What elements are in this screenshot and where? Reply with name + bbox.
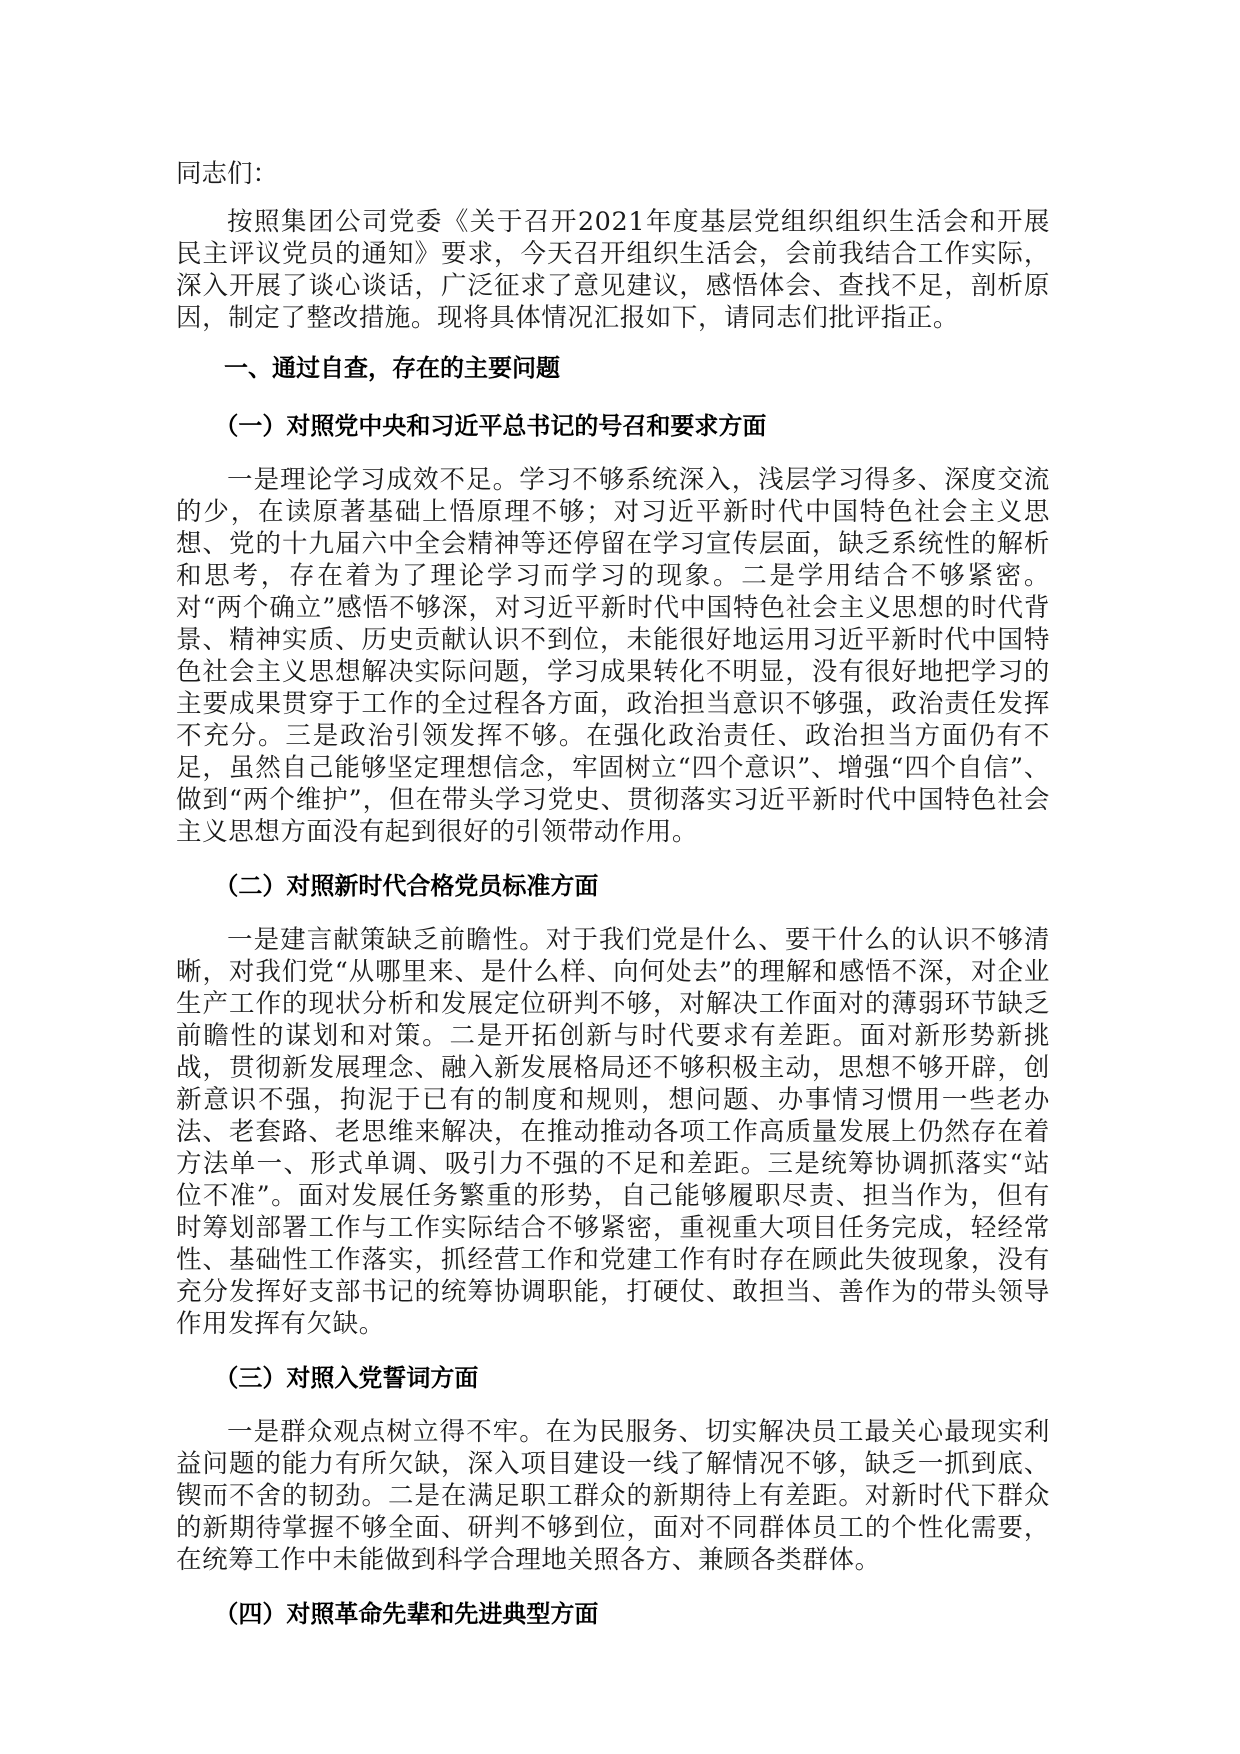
document-page: 同志们： 按照集团公司党委《关于召开2021年度基层党组织组织生活会和开展民主评… bbox=[176, 158, 1050, 1652]
subsection-heading-1: （一）对照党中央和习近平总书记的号召和要求方面 bbox=[176, 410, 1050, 442]
subsection-body-3: 一是群众观点树立得不牢。在为民服务、切实解决员工最关心最现实利益问题的能力有所欠… bbox=[176, 1416, 1050, 1576]
subsection-heading-4: （四）对照革命先辈和先进典型方面 bbox=[176, 1598, 1050, 1630]
salutation: 同志们： bbox=[176, 158, 1050, 190]
subsection-body-2: 一是建言献策缺乏前瞻性。对于我们党是什么、要干什么的认识不够清晰，对我们党“从哪… bbox=[176, 924, 1050, 1340]
intro-paragraph: 按照集团公司党委《关于召开2021年度基层党组织组织生活会和开展民主评议党员的通… bbox=[176, 206, 1050, 334]
subsection-body-1: 一是理论学习成效不足。学习不够系统深入，浅层学习得多、深度交流的少，在读原著基础… bbox=[176, 464, 1050, 848]
section-heading-1: 一、通过自查，存在的主要问题 bbox=[176, 352, 1050, 384]
subsection-heading-2: （二）对照新时代合格党员标准方面 bbox=[176, 870, 1050, 902]
subsection-heading-3: （三）对照入党誓词方面 bbox=[176, 1362, 1050, 1394]
